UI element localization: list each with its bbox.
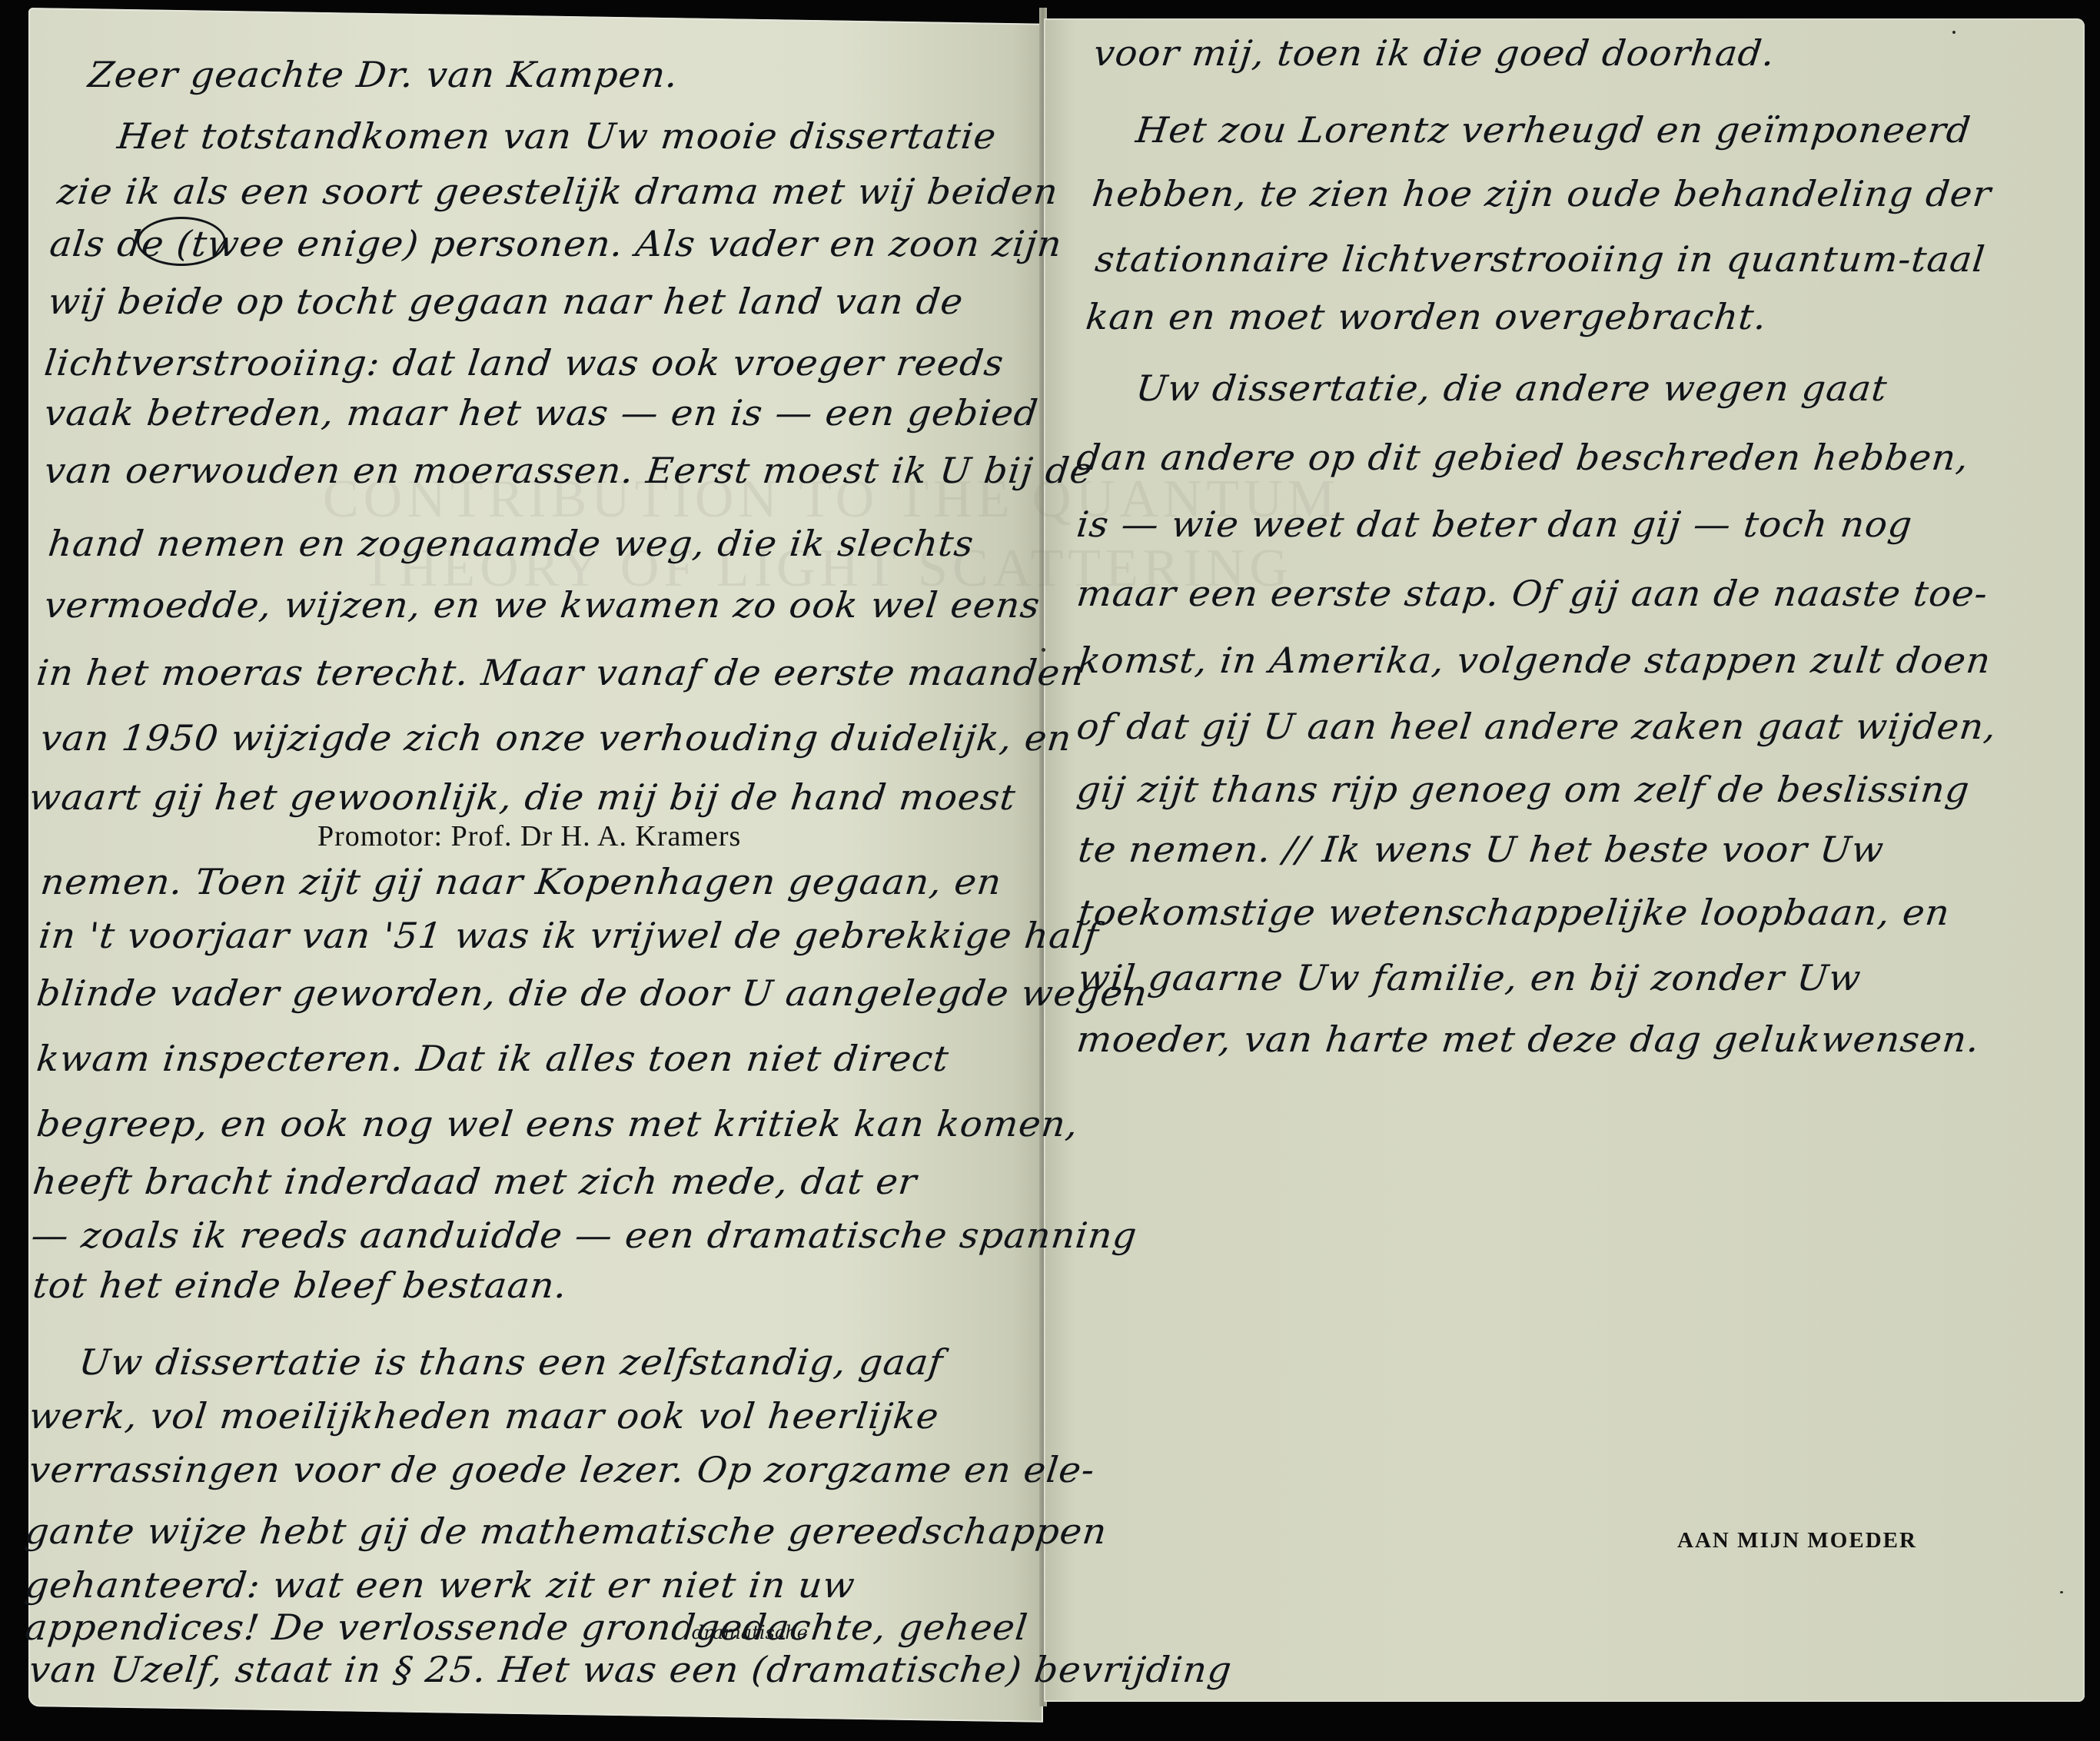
left-line-21: Uw dissertatie is thans een zelfstandig,… bbox=[77, 1341, 945, 1383]
right-line-10: komst, in Amerika, volgende stappen zult… bbox=[1076, 640, 1993, 681]
left-line-5: lichtverstrooiing: dat land was ook vroe… bbox=[42, 342, 1006, 384]
left-line-16: kwam inspecteren. Dat ik alles toen niet… bbox=[35, 1038, 951, 1079]
left-line-22: werk, vol moeilijkheden maar ook vol hee… bbox=[27, 1395, 942, 1437]
right-line-14: toekomstige wetenschappelijke loopbaan, … bbox=[1076, 892, 1952, 933]
right-line-9: maar een eerste stap. Of gij aan de naas… bbox=[1075, 573, 1990, 614]
right-line-8: is — wie weet dat beter dan gij — toch n… bbox=[1075, 503, 1915, 545]
right-line-12: gij zijt thans rijp genoeg om zelf de be… bbox=[1075, 769, 1972, 810]
left-line-7: van oerwouden en moerassen. Eerst moest … bbox=[42, 450, 1095, 491]
right-line-2: Het zou Lorentz verheugd en geïmponeerd bbox=[1134, 109, 1973, 151]
right-line-1: voor mij, toen ik die goed doorhad. bbox=[1092, 32, 1777, 74]
left-line-15: blinde vader geworden, die de door U aan… bbox=[35, 972, 1150, 1014]
left-line-14: in 't voorjaar van '51 was ik vrijwel de… bbox=[37, 915, 1101, 956]
left-line-23: verrassingen voor de goede lezer. Op zor… bbox=[27, 1449, 1097, 1490]
paper-speck bbox=[1952, 31, 1955, 34]
left-line-27: van Uzelf, staat in § 25. Het was een (d… bbox=[27, 1649, 1234, 1690]
dedication-printed-line: AAN MIJN MOEDER bbox=[1677, 1528, 1917, 1553]
left-line-1: Het totstandkomen van Uw mooie dissertat… bbox=[115, 115, 998, 157]
left-line-24: gante wijze hebt gij de mathematische ge… bbox=[23, 1510, 1109, 1552]
left-line-19: — zoals ik reeds aanduidde — een dramati… bbox=[29, 1214, 1139, 1256]
paper-speck bbox=[1042, 648, 1045, 652]
left-line-9: vermoedde, wijzen, en we kwamen zo ook w… bbox=[42, 584, 1042, 626]
right-line-15: wil gaarne Uw familie, en bij zonder Uw bbox=[1076, 957, 1863, 998]
left-line-17: begreep, en ook nog wel eens met kritiek… bbox=[35, 1103, 1081, 1145]
right-line-13: te nemen. // Ik wens U het beste voor Uw bbox=[1076, 829, 1886, 870]
left-line-4: wij beide op tocht gegaan naar het land … bbox=[46, 281, 965, 322]
left-line-8: hand nemen en zogenaamde weg, die ik sle… bbox=[46, 523, 976, 564]
right-line-6: Uw dissertatie, die andere wegen gaat bbox=[1134, 367, 1889, 409]
left-line-6: vaak betreden, maar het was — en is — ee… bbox=[42, 392, 1041, 434]
right-line-3: hebben, te zien hoe zijn oude behandelin… bbox=[1090, 173, 1993, 214]
left-line-18: heeft bracht inderdaad met zich mede, da… bbox=[31, 1161, 919, 1202]
right-line-7: dan andere op dit gebied beschreden hebb… bbox=[1075, 437, 1971, 478]
left-line-26: appendices! De verlossende grondgedachte… bbox=[23, 1606, 1030, 1648]
circle-annotation bbox=[137, 217, 226, 266]
right-line-11: of dat gij U aan heel andere zaken gaat … bbox=[1075, 706, 1999, 747]
interlinear-annotation: dramatische bbox=[692, 1622, 808, 1643]
left-line-25: gehanteerd: wat een werk zit er niet in … bbox=[23, 1564, 857, 1606]
left-line-11: van 1950 wijzigde zich onze verhouding d… bbox=[38, 717, 1074, 759]
right-line-4: stationnaire lichtverstrooiing in quantu… bbox=[1093, 238, 1988, 280]
left-line-20: tot het einde bleef bestaan. bbox=[31, 1264, 570, 1306]
left-line-12: waart gij het gewoonlijk, die mij bij de… bbox=[27, 776, 1018, 818]
left-line-10: in het moeras terecht. Maar vanaf de eer… bbox=[35, 652, 1087, 693]
left-line-13: nemen. Toen zijt gij naar Kopenhagen geg… bbox=[38, 861, 1004, 902]
promotor-printed-line: Promotor: Prof. Dr H. A. Kramers bbox=[317, 819, 741, 853]
left-line-2: zie ik als een soort geestelijk drama me… bbox=[55, 171, 1061, 212]
paper-speck bbox=[2060, 1591, 2063, 1593]
right-line-16: moeder, van harte met deze dag gelukwens… bbox=[1075, 1018, 1982, 1060]
salutation: Zeer geachte Dr. van Kampen. bbox=[86, 54, 680, 95]
right-line-5: kan en moet worden overgebracht. bbox=[1084, 296, 1769, 337]
